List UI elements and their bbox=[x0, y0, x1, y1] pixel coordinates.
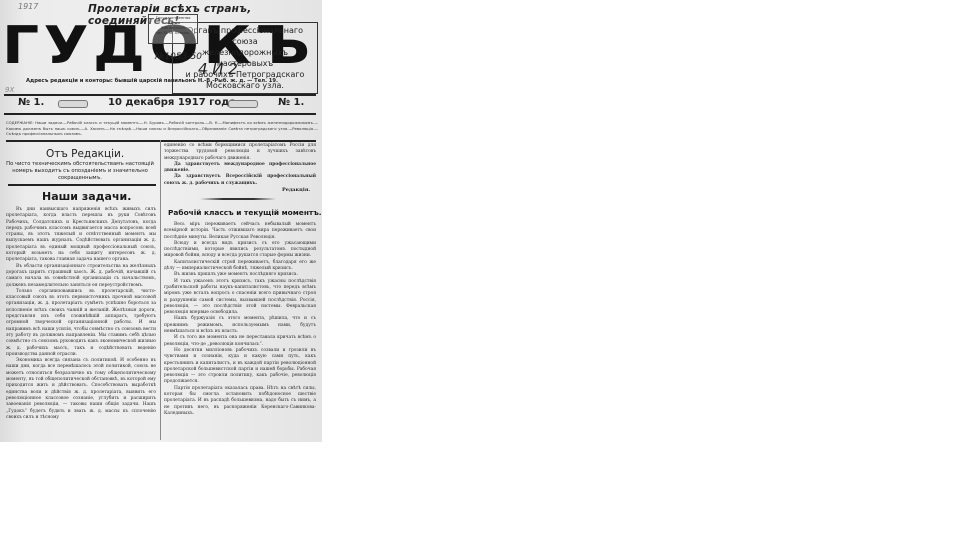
article-body-tasks: Въ дни наивысшаго напряженія всѣхъ живых… bbox=[6, 207, 156, 421]
section-rule bbox=[8, 184, 156, 186]
stamp-line: им. В. И. Ленина bbox=[149, 30, 197, 35]
column-divider bbox=[160, 140, 161, 440]
editorial-continued: единенію со всѣми борющимися пролетаріат… bbox=[164, 143, 316, 187]
paragraph: Въ жизнь пришлъ уже моментъ послѣдняго к… bbox=[164, 272, 316, 278]
article-heading-class: Рабочій классъ и текущій моментъ. bbox=[168, 208, 322, 217]
editorial-signature: Редакція. bbox=[282, 187, 310, 193]
header-rule bbox=[4, 113, 316, 115]
ornament-divider bbox=[200, 198, 276, 200]
address-line: Адресъ редакціи и конторы: бывшій царскі… bbox=[26, 78, 311, 84]
paragraph: Въ дни наивысшаго напряженія всѣхъ живых… bbox=[6, 207, 156, 264]
handwritten-note: 1917 bbox=[18, 2, 38, 11]
issue-number-right: № 1. bbox=[278, 97, 304, 108]
editorial-heading: Отъ Редакціи. bbox=[46, 148, 124, 160]
table-of-contents: СОДЕРЖАНІЕ: Наши задачи.—Рабочій классъ … bbox=[6, 120, 318, 137]
newspaper-scan: 1917 Пролетаріи всѣхъ странъ, соединяйте… bbox=[0, 0, 322, 442]
paragraph: Только сорганизовавшись въ пролетарскій,… bbox=[6, 289, 156, 358]
ornament bbox=[228, 100, 258, 108]
margin-mark: 9Х bbox=[5, 86, 14, 94]
paragraph: Но десятки милліоновъ рабочихъ созвали и… bbox=[164, 348, 316, 386]
paragraph: Да здравствуетъ Всероссійскій профессіон… bbox=[164, 174, 316, 187]
library-stamp: Государственная ордена библиотека им. В.… bbox=[148, 14, 198, 44]
article-body-class: Весь міръ переживаетъ сейчасъ небывалый … bbox=[164, 222, 316, 417]
paragraph: Весь міръ переживаетъ сейчасъ небывалый … bbox=[164, 222, 316, 241]
paragraph: Капиталистическій строй переживаетъ, бла… bbox=[164, 260, 316, 273]
paragraph: Партія пролетаріата оказалась права. Нѣт… bbox=[164, 386, 316, 417]
paragraph: Экономика всегда связана съ политикой. И… bbox=[6, 358, 156, 421]
paragraph: Въ области организаціоннаго строительств… bbox=[6, 264, 156, 289]
paragraph: И такъ ужасенъ этотъ кризисъ, такъ ужасн… bbox=[164, 279, 316, 317]
header-rule bbox=[4, 94, 316, 96]
issue-number-left: № 1. bbox=[18, 97, 44, 108]
article-heading-tasks: Наши задачи. bbox=[42, 190, 131, 203]
issue-date: 10 декабря 1917 года. bbox=[108, 97, 240, 108]
paragraph: единенію со всѣми борющимися пролетаріат… bbox=[164, 143, 316, 162]
paragraph: Да здравствуетъ международное профессіон… bbox=[164, 162, 316, 175]
ornament bbox=[58, 100, 88, 108]
paragraph: Всюду и всегда видъ кризисъ съ его ужаса… bbox=[164, 241, 316, 260]
section-rule bbox=[6, 140, 316, 142]
inventory-number: №1053-50 bbox=[155, 52, 202, 62]
editorial-text: По чисто техническимъ обстоятельствамъ н… bbox=[6, 161, 154, 182]
handwritten-mark: 4 И 2 bbox=[198, 60, 238, 78]
paragraph: И съ того же момента она не переставала … bbox=[164, 335, 316, 348]
paragraph: Нашъ буржуазія съ этого момента, рѣшила,… bbox=[164, 316, 316, 335]
